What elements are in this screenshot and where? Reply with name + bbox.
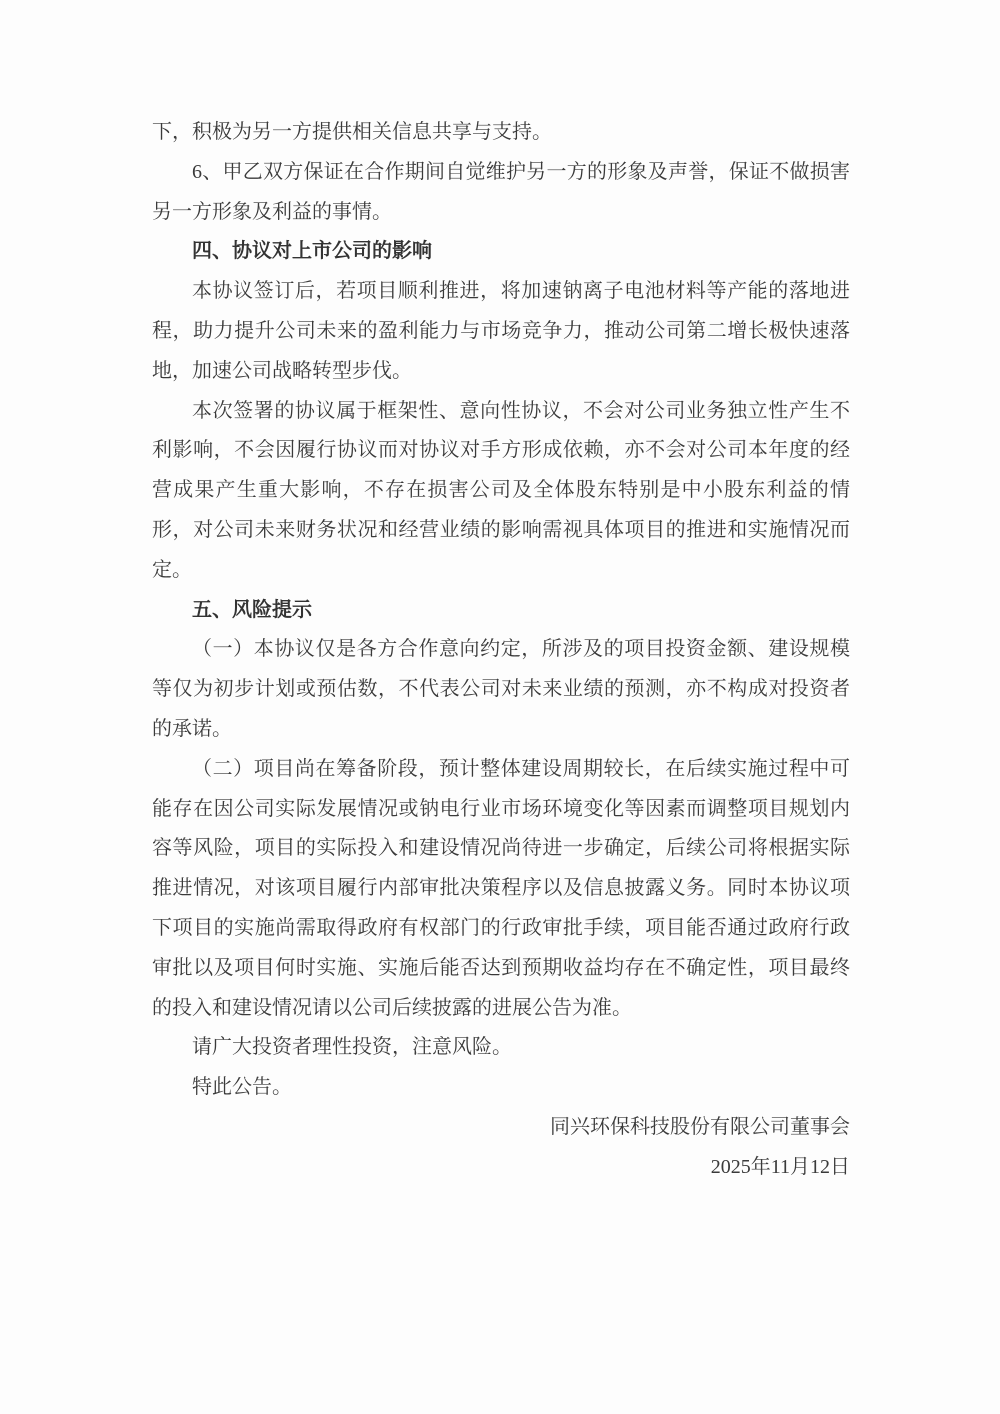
paragraph-clause-6: 6、甲乙双方保证在合作期间自觉维护另一方的形象及声誉，保证不做损害另一方形象及利… <box>152 153 850 233</box>
paragraph-risk-1: （一）本协议仅是各方合作意向约定，所涉及的项目投资金额、建设规模等仅为初步计划或… <box>152 630 850 749</box>
document-page: 下，积极为另一方提供相关信息共享与支持。 6、甲乙双方保证在合作期间自觉维护另一… <box>0 0 1000 1414</box>
paragraph-impact-1: 本协议签订后，若项目顺利推进，将加速钠离子电池材料等产能的落地进程，助力提升公司… <box>152 272 850 391</box>
section-heading-five-risk: 五、风险提示 <box>152 591 850 631</box>
section-heading-four-impact: 四、协议对上市公司的影响 <box>152 232 850 272</box>
signature-company-board: 同兴环保科技股份有限公司董事会 <box>152 1108 850 1148</box>
paragraph-investor-notice: 请广大投资者理性投资，注意风险。 <box>152 1028 850 1068</box>
paragraph-impact-2: 本次签署的协议属于框架性、意向性协议，不会对公司业务独立性产生不利影响，不会因履… <box>152 392 850 591</box>
paragraph-risk-2: （二）项目尚在筹备阶段，预计整体建设周期较长，在后续实施过程中可能存在因公司实际… <box>152 750 850 1029</box>
paragraph-continuation: 下，积极为另一方提供相关信息共享与支持。 <box>152 113 850 153</box>
signature-date: 2025年11月12日 <box>152 1148 850 1188</box>
paragraph-announcement-closing: 特此公告。 <box>152 1068 850 1108</box>
